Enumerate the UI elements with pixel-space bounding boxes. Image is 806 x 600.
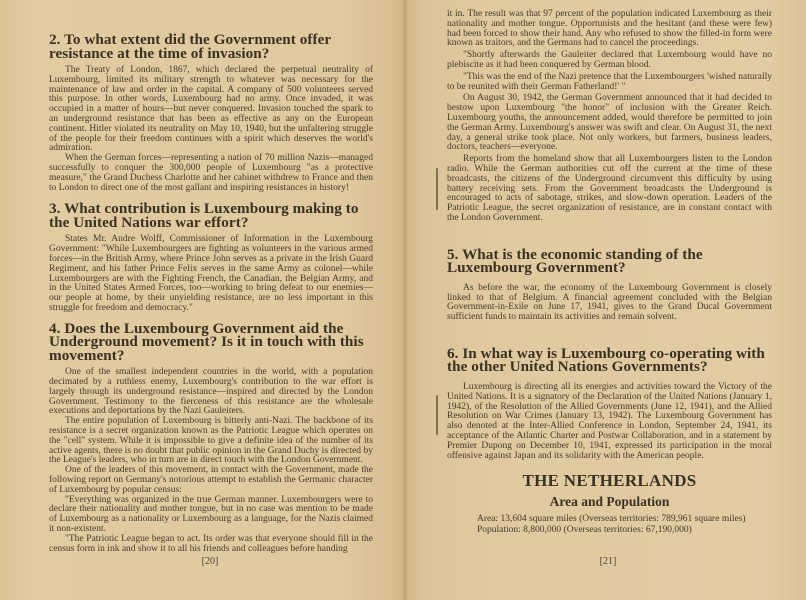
paragraph: it in. The result was that 97 percent of… [447,10,772,49]
paragraph: "The Patriotic League began to act. Its … [49,535,373,555]
population-stat: Population: 8,800,000 (Overseas territor… [477,525,772,536]
section-heading: 3. What contribution is Luxembourg makin… [49,202,373,229]
right-page-content: it in. The result was that 97 percent of… [447,10,772,535]
paragraph: The entire population of Luxembourg is b… [49,417,373,466]
page-number: [20] [190,556,230,567]
paragraph: States Mr. Andre Wolff, Commissioner of … [49,235,373,313]
book-gutter [403,0,407,600]
country-subtitle: Area and Population [447,494,772,510]
paragraph: One of the smallest independent countrie… [49,368,373,417]
section-heading: 2. To what extent did the Government off… [49,33,373,60]
paragraph: When the German forces—representing a na… [49,154,373,193]
left-page: 2. To what extent did the Government off… [0,0,405,600]
section-heading: 5. What is the economic standing of the … [447,248,772,275]
paragraph: "Shortly afterwards the Gauleiter declar… [447,51,772,71]
section-6: 6. In what way is Luxembourg co-operatin… [447,347,772,461]
paragraph: On August 30, 1942, the German Governmen… [447,94,772,153]
area-stat: Area: 13,604 square miles (Overseas terr… [477,514,772,525]
paragraph: One of the leaders of this movement, in … [49,466,373,495]
paragraph: "Everything was organized in the true Ge… [49,496,373,535]
staple-top [436,168,438,210]
section-2: 2. To what extent did the Government off… [49,33,373,193]
page-number: [21] [588,556,628,567]
book-spread: 2. To what extent did the Government off… [0,0,806,600]
country-entry: THE NETHERLANDS Area and Population Area… [447,471,772,535]
paragraph: "This was the end of the Nazi pretence t… [447,73,772,93]
section-4: 4. Does the Luxembourg Government aid th… [49,322,373,555]
section-heading: 6. In what way is Luxembourg co-operatin… [447,347,772,374]
left-page-content: 2. To what extent did the Government off… [49,33,373,562]
paragraph: Reports from the homeland show that all … [447,155,772,224]
staple-bottom [436,395,438,435]
section-3: 3. What contribution is Luxembourg makin… [49,202,373,313]
country-title: THE NETHERLANDS [447,471,772,491]
paragraph: Luxembourg is directing all its energies… [447,383,772,461]
continuation: it in. The result was that 97 percent of… [447,10,772,224]
paragraph: The Treaty of London, 1867, which declar… [49,66,373,154]
right-page: it in. The result was that 97 percent of… [405,0,806,600]
section-heading: 4. Does the Luxembourg Government aid th… [49,322,373,363]
section-5: 5. What is the economic standing of the … [447,248,772,323]
paragraph: As before the war, the economy of the Lu… [447,284,772,323]
